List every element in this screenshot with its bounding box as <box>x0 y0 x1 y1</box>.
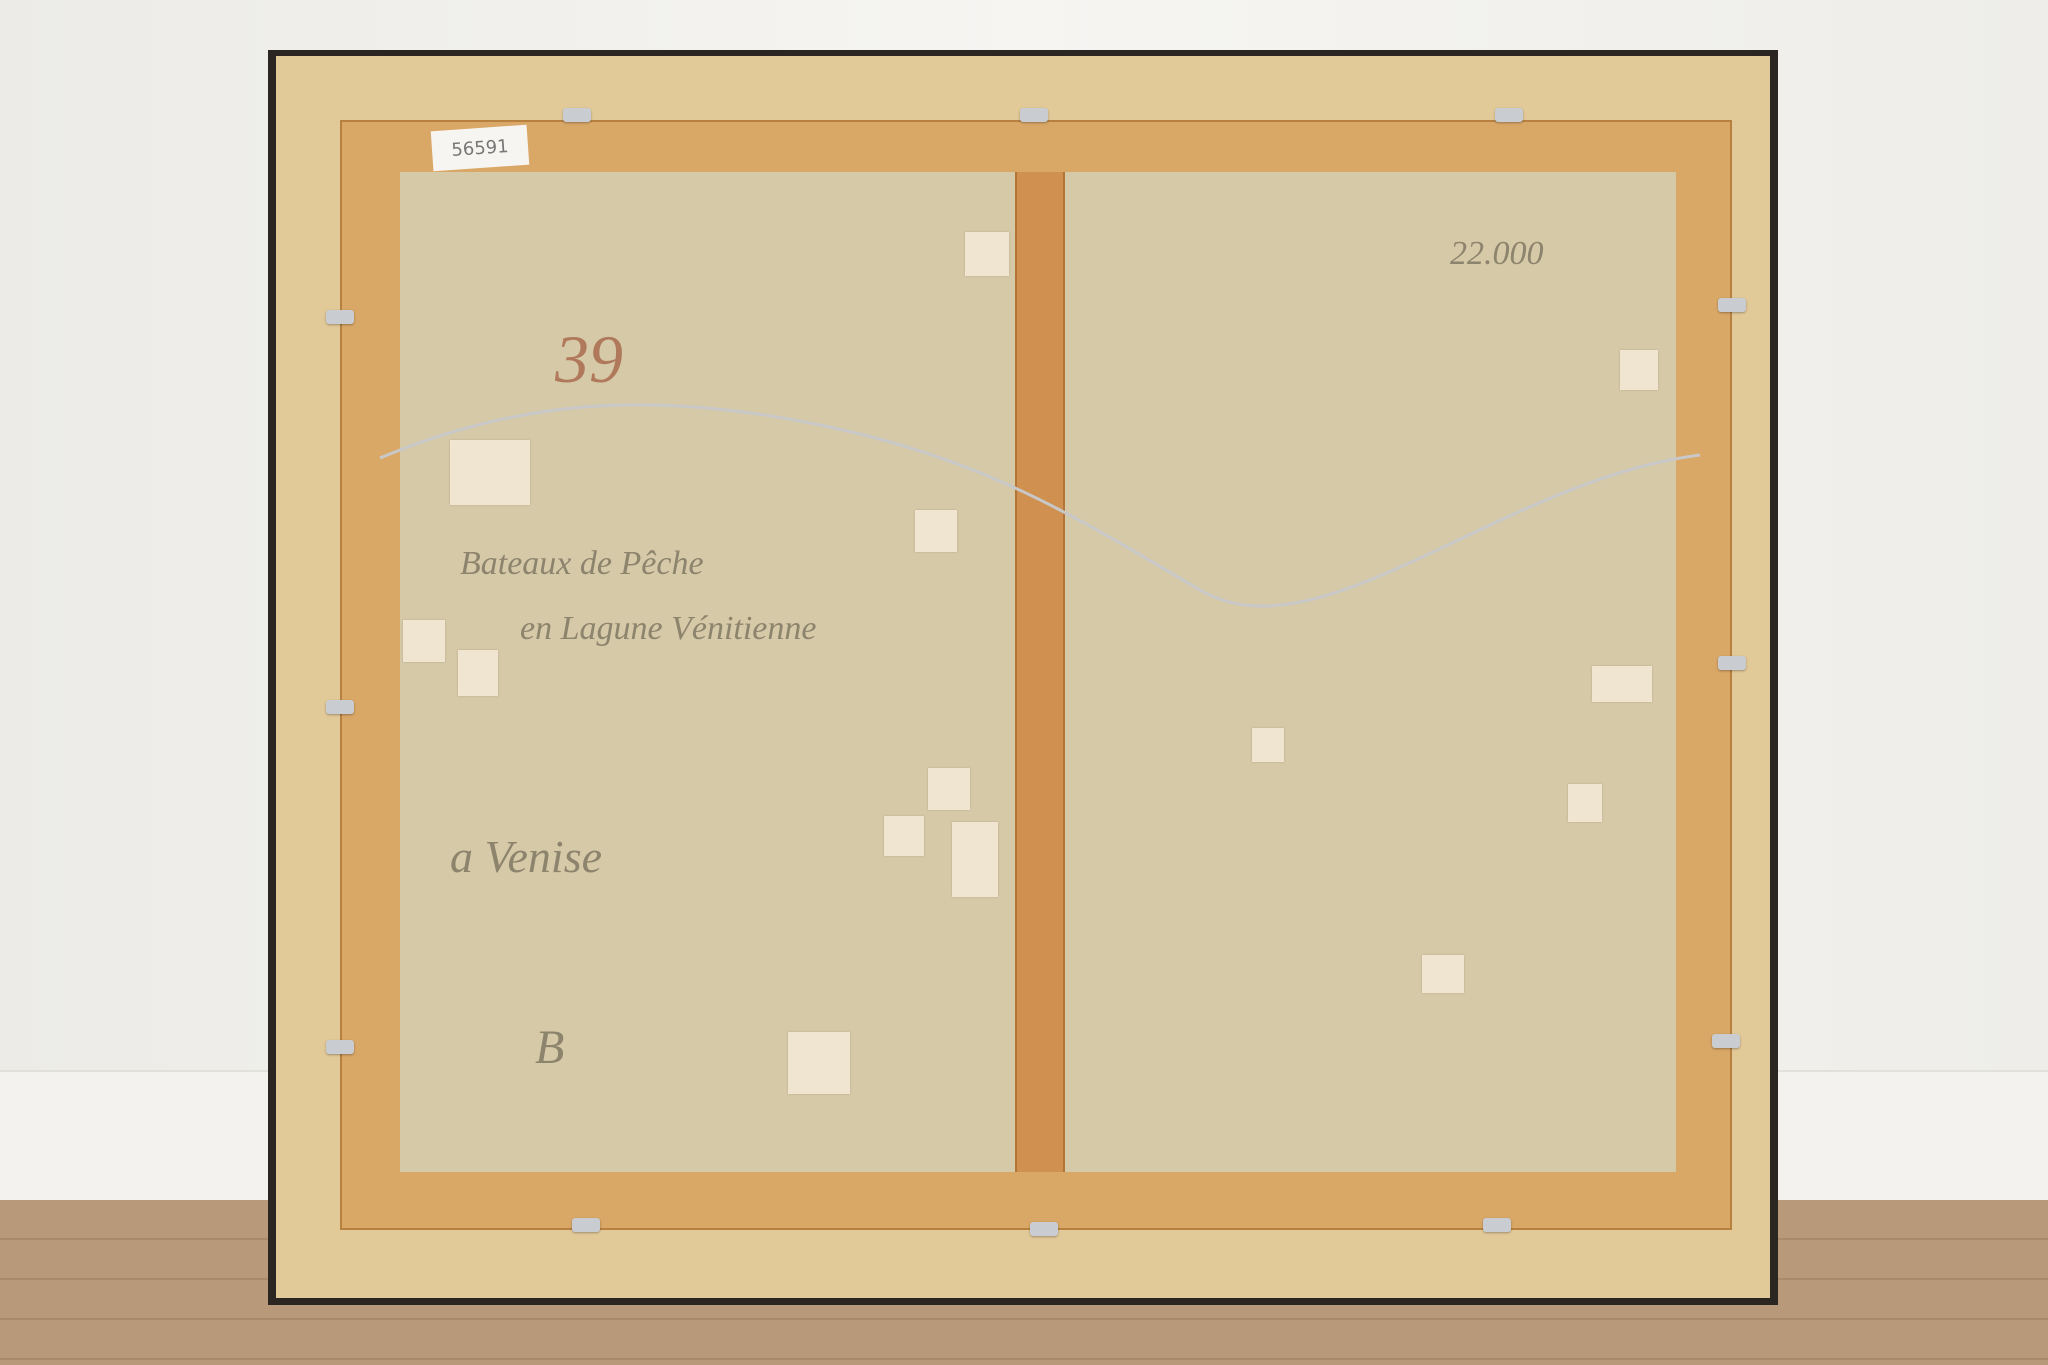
canvas-patch <box>458 650 498 696</box>
canvas-patch <box>884 816 924 856</box>
frame-clip <box>1718 656 1746 670</box>
frame-clip <box>1020 108 1048 122</box>
frame-clip <box>1030 1222 1058 1236</box>
canvas-patch <box>952 822 998 897</box>
frame-clip <box>1718 298 1746 312</box>
canvas-patch <box>915 510 957 552</box>
frame-clip <box>563 108 591 122</box>
canvas-patch <box>928 768 970 810</box>
canvas-patch <box>1568 784 1602 822</box>
canvas-patch <box>450 440 530 505</box>
canvas-patch <box>1620 350 1658 390</box>
canvas-patch <box>1592 666 1652 702</box>
frame-clip <box>572 1218 600 1232</box>
canvas-patch <box>403 620 445 662</box>
canvas-patch <box>965 232 1009 276</box>
frame-clip <box>326 700 354 714</box>
frame-clip <box>1495 108 1523 122</box>
frame-clip <box>326 1040 354 1054</box>
canvas-patch <box>1422 955 1464 993</box>
canvas-patch <box>788 1032 850 1094</box>
hanging-wire <box>0 0 2048 1365</box>
canvas-patch <box>1252 728 1284 762</box>
frame-clip <box>326 310 354 324</box>
frame-clip <box>1712 1034 1740 1048</box>
frame-clip <box>1483 1218 1511 1232</box>
